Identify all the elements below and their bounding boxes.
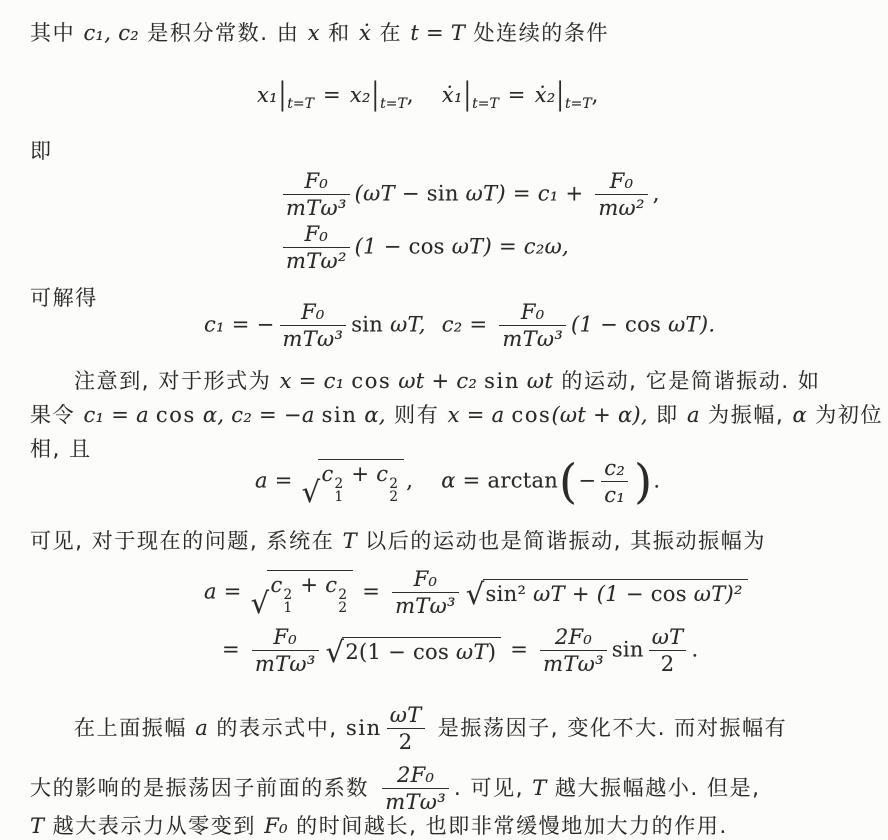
math-run: c₁ = − [204,312,275,336]
paragraph-conclusion: 可见, 对于现在的问题, 系统在 T 以后的运动也是简谐振动, 其振动振幅为 [30,525,766,555]
math-run: ωT, [383,312,426,336]
text-run: 的运动, 它是简谐振动. 如 [553,369,820,393]
math-run: ẋ₂ [535,83,556,107]
connector-kejiede: 可解得 [30,282,98,312]
fraction: c₂c₁ [601,455,628,509]
function-name: sin [612,637,644,661]
denominator: mTω³ [540,650,607,677]
text-run: 为振幅, [700,403,793,427]
square-root: √c21 + c22 [302,459,405,505]
text-run: 在上面振幅 [74,716,195,740]
text-run: 以后的运动也是简谐振动, 其振动振幅为 [357,529,766,553]
denominator: mTω³ [252,650,319,677]
comma: , [407,83,414,107]
paragraph-final-line-3: T 越大表示力从零变到 F₀ 的时间越长, 也即非常缓慢地加大力的作用. [30,810,728,840]
fraction: 2F₀mTω³ [540,624,607,678]
numerator: F₀ [283,221,350,247]
math-run: T [30,814,44,838]
text-run: 是振荡因子, 变化不大. 而对振幅有 [430,716,788,740]
denominator: mTω³ [283,194,350,221]
big-paren-open: ( [559,462,577,502]
math-run: ωt + c₂ [391,369,484,393]
paragraph-harmonic-line-2: 果令 c₁ = a cos α, c₂ = −a sin α, 则有 x = a… [30,399,883,429]
vertical-bar: | [557,77,564,112]
math-run: ωt [520,369,553,393]
function-name: cos [625,312,661,336]
text-run: 越大振幅越小. 但是, [547,776,761,800]
denominator: c₁ [601,481,628,508]
text-run: 即 [648,403,687,427]
text-run: 可见, 对于现在的问题, 系统在 [30,529,343,553]
math-run: (ωt + α), [551,403,647,427]
text-run: 处连续的条件 [465,21,609,45]
math-run: ωT)² [687,582,743,606]
text-run: 注意到, 对于形式为 [74,369,280,393]
function-name: sin [346,716,382,740]
math-run: ωT) = c₁ + [459,181,591,205]
text-run: 和 [320,21,359,45]
math-run: a [687,403,700,427]
sup-sub-stack: 22 [338,589,347,616]
numerator: F₀ [499,299,566,325]
text-run: 在 [371,21,410,45]
function-name: sin [427,181,459,205]
math-run: 2(1 − cos [345,640,456,664]
text-run: 为初位 [807,403,883,427]
equals-sign: = [222,637,247,661]
function-name: cos [651,582,687,606]
fraction: F₀mω² [595,168,647,222]
sup-sub-stack: 21 [335,478,344,505]
text-run: 相, 且 [30,437,92,461]
numerator: ωT [649,624,687,650]
comma: , [592,83,599,107]
fraction: 2F₀mTω³ [382,762,449,816]
math-run: a = [255,468,300,492]
math-run: ωT [456,640,488,664]
vertical-bar: | [464,77,471,112]
text-run: 的时间越长, 也即非常缓慢地加大力的作用. [288,814,728,838]
math-run: α [793,403,807,427]
vertical-bar: | [279,77,286,112]
text-run: 可解得 [30,286,98,310]
math-run: x = a [448,403,512,427]
fraction: F₀mTω³ [280,299,347,353]
radicand: sin² ωT + (1 − cos ωT)² [483,579,748,606]
subscript: t=T [287,96,314,112]
sup-sub-stack: 22 [389,478,398,505]
subscript: 1 [284,602,293,616]
fraction: F₀mTω² [283,221,350,275]
equation-derivation-line-1: a = √c21 + c22 = F₀mTω³√sin² ωT + (1 − c… [204,566,750,620]
subscript: 2 [338,602,347,616]
period: . [653,468,660,492]
fraction: F₀mTω³ [499,299,566,353]
equation-system-line-1: F₀mTω³(ωT − sin ωT) = c₁ + F₀mω², [278,168,660,222]
math-run: ẋ₁ [442,83,463,107]
math-run: ẋ [359,21,371,45]
math-run: T [343,529,357,553]
equation-derivation-line-2: = F₀mTω³√2(1 − cos ωT) = 2F₀mTω³sinωT2. [222,624,698,678]
subscript: 2 [389,491,398,505]
text-run: . 可见, [454,776,532,800]
math-run: (1 − [571,312,625,336]
period: . [691,637,698,661]
sup-sub-stack: 21 [284,589,293,616]
radicand: c21 + c22 [318,459,404,505]
numerator: 2F₀ [382,762,449,788]
text-run: 果令 [30,403,83,427]
radicand: 2(1 − cos ωT) [342,637,501,664]
math-run: α, c₂ = −a [196,403,322,427]
denominator: mTω³ [392,592,459,619]
paragraph-intro: 其中 c₁, c₂ 是积分常数. 由 x 和 ẋ 在 t = T 处连续的条件 [30,17,609,47]
paragraph-harmonic-line-3: 相, 且 [30,433,92,463]
function-name: sin² [486,582,534,606]
math-run: t = T [410,21,465,45]
text-run: 即 [30,139,53,163]
paragraph-final-line-1: 在上面振幅 a 的表示式中, sinωT2 是振荡因子, 变化不大. 而对振幅有 [74,702,787,756]
equation-amplitude-phase: a = √c21 + c22,α = arctan(−c₂c₁). [255,455,660,509]
text-run: 大的影响的是振荡因子前面的系数 [30,776,377,800]
math-run: x₁ [257,83,278,107]
numerator: 2F₀ [540,624,607,650]
math-run: ωT). [661,312,715,336]
square-root: √c21 + c22 [251,570,354,616]
math-run: c₁ = a [83,403,155,427]
math-run: T [532,776,546,800]
fraction: F₀mTω³ [252,624,319,678]
function-name: cos [511,403,551,427]
fraction: F₀mTω³ [283,168,350,222]
comma: , [406,468,413,492]
radicand: c21 + c22 [267,570,353,616]
text-run: 其中 [30,21,83,45]
numerator: F₀ [595,168,647,194]
scanned-textbook-page: 其中 c₁, c₂ 是积分常数. 由 x 和 ẋ 在 t = T 处连续的条件 … [0,0,888,840]
subscript: t=T [380,96,407,112]
radical-sign: √ [251,590,270,617]
text-run: 是积分常数. 由 [139,21,308,45]
math-run: + c [293,573,337,597]
math-run: = [503,637,535,661]
equation-constants: c₁ = −F₀mTω³sin ωT,c₂ = F₀mTω³(1 − cos ω… [204,299,715,353]
equation-system-line-2: F₀mTω²(1 − cos ωT) = c₂ω, [278,221,569,275]
denominator: mTω³ [280,325,347,352]
math-run: a = [204,579,249,603]
subscript: t=T [565,96,592,112]
comma: , [653,181,660,205]
numerator: F₀ [280,299,347,325]
function-name: arctan [488,468,559,492]
math-run: c₂ = [442,312,495,336]
subscript: 1 [335,491,344,505]
denominator: mTω³ [499,325,566,352]
function-name: sin [322,403,358,427]
equals-sign: = [508,83,526,107]
radical-sign: √ [466,581,485,608]
paragraph-final-line-2: 大的影响的是振荡因子前面的系数 2F₀mTω³. 可见, T 越大振幅越小. 但… [30,762,760,816]
fraction: ωT2 [387,702,425,756]
square-root: √2(1 − cos ωT) [326,637,502,664]
denominator: 2 [387,728,425,755]
numerator: ωT [387,702,425,728]
function-name: cos [156,403,196,427]
subscript: t=T [472,96,499,112]
connector-ji: 即 [30,135,53,165]
math-run: ωT) = c₂ω, [445,234,569,258]
denominator: 2 [649,650,687,677]
radical-sign: √ [302,479,321,506]
square-root: √sin² ωT + (1 − cos ωT)² [466,579,748,606]
function-name: sin [484,369,520,393]
math-run: c₁, c₂ [83,21,139,45]
math-run: x = c₁ [280,369,352,393]
text-run: 的表示式中, [208,716,346,740]
math-run: ωT + (1 − [533,582,651,606]
math-run: (ωT − [355,181,427,205]
math-run: = [355,579,387,603]
numerator: F₀ [283,168,350,194]
math-run: x₂ [350,83,371,107]
math-run: a [195,716,208,740]
radical-sign: √ [326,639,345,666]
math-run: ) [488,640,497,664]
text-run: 则有 [386,403,448,427]
big-paren-close: ) [634,462,652,502]
function-name: sin [351,312,383,336]
numerator: F₀ [252,624,319,650]
math-run: c [270,573,282,597]
math-run: α = [441,468,487,492]
function-name: cos [409,234,445,258]
equation-continuity: x₁|t=T=x₂|t=T,ẋ₁|t=T=ẋ₂|t=T, [257,83,599,112]
math-run: + c [344,462,388,486]
fraction: F₀mTω³ [392,566,459,620]
math-run: x [308,21,320,45]
vertical-bar: | [372,77,379,112]
denominator: mTω² [283,247,350,274]
math-run: (1 − [355,234,409,258]
fraction: ωT2 [649,624,687,678]
function-name: cos [351,369,391,393]
paragraph-harmonic-line-1: 注意到, 对于形式为 x = c₁ cos ωt + c₂ sin ωt 的运动… [74,365,820,395]
equals-sign: = [323,83,341,107]
denominator: mω² [595,194,647,221]
text-run: 越大表示力从零变到 [44,814,264,838]
math-run: α, [357,403,385,427]
numerator: F₀ [392,566,459,592]
math-run: F₀ [264,814,288,838]
minus-sign: − [578,468,596,492]
math-run: c [321,462,333,486]
numerator: c₂ [601,455,628,481]
